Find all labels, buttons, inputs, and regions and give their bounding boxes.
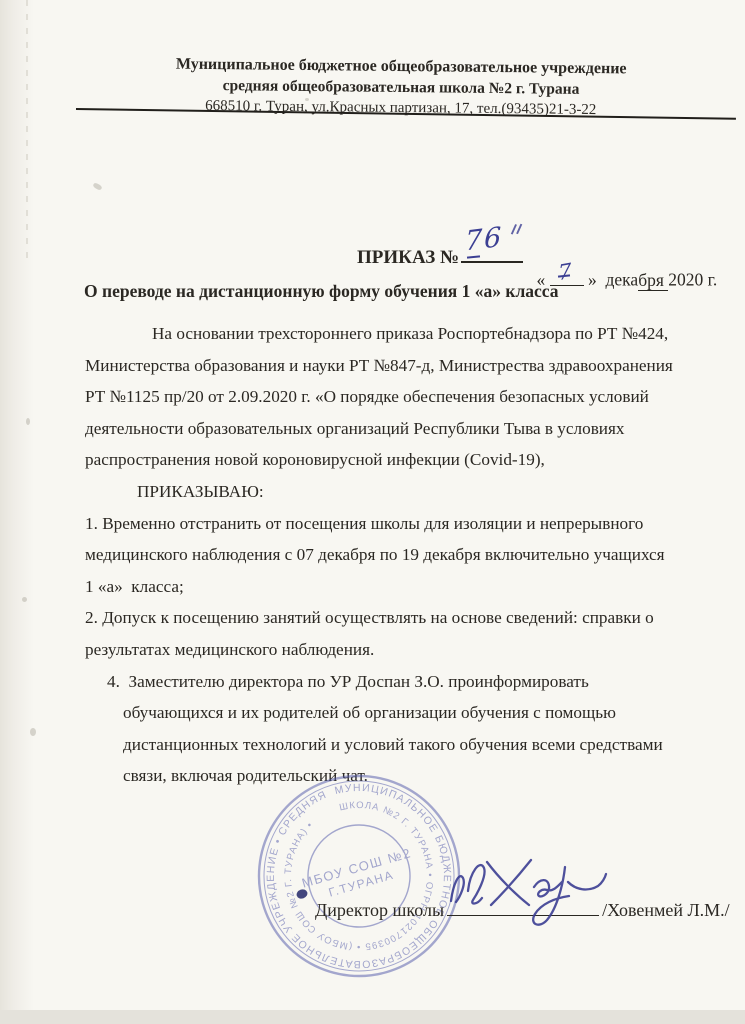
signature-blank (447, 897, 599, 916)
body-line: деятельности образовательных организаций… (85, 413, 685, 445)
body-line: результатах медицинского наблюдения. (85, 634, 685, 666)
body-line: дистанционных технологий и условий таког… (85, 729, 685, 761)
order-body: На основании трехстороннего приказа Росп… (85, 318, 685, 792)
handwritten-signature (441, 845, 609, 933)
scan-edge-bottom (0, 1010, 745, 1024)
order-number-blank: 76 (461, 242, 523, 263)
scan-speck (22, 597, 27, 602)
body-line: распространения новой короновирусной инф… (85, 444, 685, 476)
signature-label: Директор школы (315, 900, 444, 920)
body-line: связи, включая родительский чат. (85, 760, 685, 792)
body-line: 1. Временно отстранить от посещения школ… (85, 508, 685, 540)
scan-speck (26, 418, 30, 425)
order-title-label: ПРИКАЗ № (357, 247, 459, 268)
body-line: ПРИКАЗЫВАЮ: (85, 476, 685, 508)
body-line: 1 «а» класса; (85, 571, 685, 603)
body-line: 4. Заместителю директора по УР Доспан З.… (85, 666, 685, 698)
scan-edge-left (0, 0, 34, 1024)
scanned-order-document: Муниципальное бюджетное общеобразователь… (0, 0, 745, 1024)
signature-row: Директор школы /Ховенмей Л.М./ (297, 876, 730, 942)
scan-speck (92, 182, 102, 191)
date-day-handwritten: 7 (557, 259, 571, 286)
body-line: На основании трехстороннего приказа Росп… (85, 318, 685, 350)
order-subject: О переводе на дистанционную форму обучен… (84, 281, 559, 302)
date-month-underlined: бря (638, 270, 668, 291)
date-close-quote: » (584, 270, 606, 290)
date-year: 2020 г. (668, 270, 717, 290)
body-line: РТ №1125 пр/20 от 2.09.2020 г. «О порядк… (85, 381, 685, 413)
body-line: обучающихся и их родителей об организаци… (85, 697, 685, 729)
scan-speck (30, 728, 36, 736)
handwriting-stroke (467, 255, 480, 258)
date-month-prefix: дека (606, 270, 639, 290)
signature-name: /Ховенмей Л.М./ (602, 900, 730, 920)
body-line: медицинского наблюдения с 07 декабря по … (85, 539, 685, 571)
body-line: 2. Допуск к посещению занятий осуществля… (85, 602, 685, 634)
order-number-handwritten: 76 (465, 222, 504, 258)
body-line: Министерства образования и науки РТ №847… (85, 350, 685, 382)
